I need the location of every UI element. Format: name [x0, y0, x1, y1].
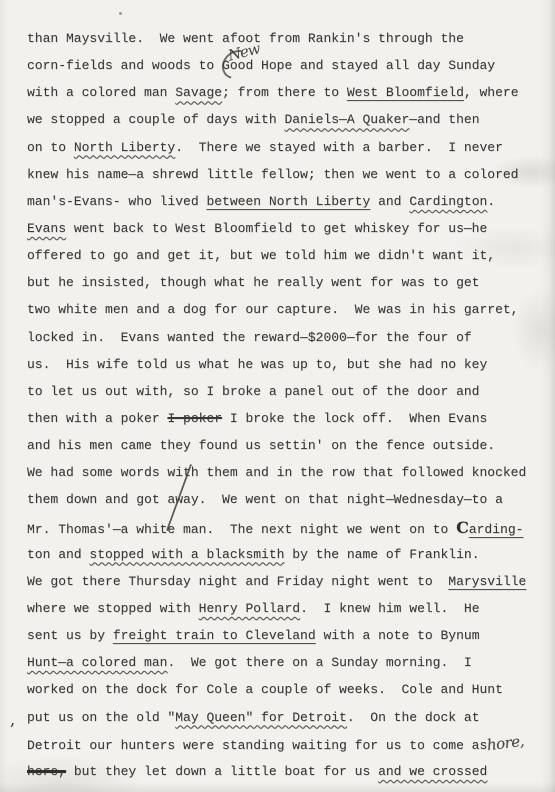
text-segment: and	[370, 194, 409, 209]
text-segment: —and then	[409, 112, 479, 127]
text-line: and his men came they found us settin' o…	[27, 432, 545, 459]
text-line: knew his name—a shrewd little fellow; th…	[27, 161, 545, 188]
text-line: than Maysville. We went afoot from Ranki…	[27, 25, 545, 52]
text-segment: knew his name—a shrewd little fellow; th…	[27, 167, 518, 182]
underlined-text: Evans	[27, 221, 66, 236]
text-segment: Detroit our hunters were standing waitin…	[27, 738, 487, 753]
pen-mark-comma: ,	[10, 706, 15, 733]
text-segment: we stopped a couple of days with	[27, 112, 284, 127]
text-segment: put us on the old "	[27, 710, 175, 725]
text-line: we stopped a couple of days with Daniels…	[27, 106, 545, 133]
text-segment: We had some words with them and in the r…	[27, 465, 526, 480]
text-segment: corn-fields and woods to	[27, 58, 222, 73]
text-segment: worked on the dock for Cole a couple of …	[27, 682, 503, 697]
text-segment: but he insisted, though what he really w…	[27, 275, 479, 290]
underlined-text: North Liberty	[74, 140, 175, 155]
underlined-text: Henry Pollard	[199, 601, 300, 616]
underlined-text: Daniels—A Quaker	[284, 112, 409, 127]
underlined-text: Hunt—a colored man	[27, 655, 167, 670]
text-line: We had some words with them and in the r…	[27, 459, 545, 486]
text-line: ,put us on the old "May Queen" for Detro…	[27, 704, 545, 731]
underlined-text: Savage	[175, 85, 222, 100]
text-segment: them down and got away. We went on that …	[27, 492, 503, 507]
text-line: to let us out with, so I broke a panel o…	[27, 378, 545, 405]
underlined-text: freight train to Cleveland	[113, 628, 316, 643]
struck-text: I poker	[167, 411, 222, 426]
text-line: them down and got away. We went on that …	[27, 486, 545, 513]
text-line: Hunt—a colored man. We got there on a Su…	[27, 649, 545, 676]
text-segment: sent us by	[27, 628, 113, 643]
underlined-text: and we crossed	[378, 764, 487, 779]
text-segment: then with a poker	[27, 411, 167, 426]
text-segment: two white men and a dog for our capture.…	[27, 302, 518, 317]
underlined-text: arding-	[469, 522, 524, 537]
underlined-text: Marysville	[448, 574, 526, 589]
underlined-text: May Queen" for Detroit	[175, 710, 347, 725]
text-segment: with a colored man	[27, 85, 175, 100]
text-segment: We got there Thursday night and Friday n…	[27, 574, 448, 589]
text-line: with a colored man Savage; from there to…	[27, 79, 545, 106]
text-line: We got there Thursday night and Friday n…	[27, 568, 545, 595]
text-segment: with a note to Bynum	[316, 628, 480, 643]
text-segment: on to	[27, 140, 74, 155]
text-segment: .	[487, 194, 495, 209]
text-segment: man's-Evans- who lived	[27, 194, 206, 209]
underlined-text: between North Liberty	[206, 194, 370, 209]
scanned-document-page: than Maysville. We went afoot from Ranki…	[0, 0, 555, 792]
underlined-text: stopped with a blacksmith	[89, 547, 284, 562]
text-line: here, but they let down a little boat fo…	[27, 758, 545, 785]
text-segment: . There we stayed with a barber. I never	[175, 140, 503, 155]
text-segment: ton and	[27, 547, 89, 562]
text-line: us. His wife told us what he was up to, …	[27, 351, 545, 378]
underlined-text: West Bloomfield	[347, 85, 464, 100]
text-line: locked in. Evans wanted the reward—$2000…	[27, 324, 545, 351]
text-segment: , where	[464, 85, 519, 100]
text-line: corn-fields and woods to NewGood Hope an…	[27, 52, 545, 79]
text-segment: us. His wife told us what he was up to, …	[27, 357, 487, 372]
struck-text: here,	[27, 764, 66, 779]
text-segment: where we stopped with	[27, 601, 199, 616]
text-segment: Good Hope and stayed all day Sunday	[222, 58, 495, 73]
text-line: Evans went back to West Bloomfield to ge…	[27, 215, 545, 242]
text-segment: locked in. Evans wanted the reward—$2000…	[27, 330, 472, 345]
text-segment: . I knew him well. He	[300, 601, 479, 616]
text-segment: ; from there to	[222, 85, 347, 100]
text-segment: but they let down a little boat for us	[66, 764, 378, 779]
text-line: sent us by freight train to Cleveland wi…	[27, 622, 545, 649]
text-line: offered to go and get it, but we told hi…	[27, 242, 545, 269]
text-line: Mr. Thomas'—a white man. The next night …	[27, 514, 545, 541]
text-line: ton and stopped with a blacksmith by the…	[27, 541, 545, 568]
text-line: two white men and a dog for our capture.…	[27, 296, 545, 323]
handwritten-capital-letter: C	[456, 518, 469, 537]
text-segment: and his men came they found us settin' o…	[27, 438, 495, 453]
text-block: than Maysville. We went afoot from Ranki…	[27, 25, 545, 785]
text-segment: . We got there on a Sunday morning. I	[167, 655, 471, 670]
text-line: man's-Evans- who lived between North Lib…	[27, 188, 545, 215]
text-line: where we stopped with Henry Pollard. I k…	[27, 595, 545, 622]
text-line: but he insisted, though what he really w…	[27, 269, 545, 296]
text-line: on to North Liberty. There we stayed wit…	[27, 134, 545, 161]
text-line: then with a poker I poker I broke the lo…	[27, 405, 545, 432]
text-line: Detroit our hunters were standing waitin…	[27, 731, 545, 758]
underlined-text: Cardington	[409, 194, 487, 209]
handwritten-text: hore,	[486, 728, 526, 759]
text-segment: Mr. Thomas'—a white man. The next night …	[27, 522, 456, 537]
text-segment: . On the dock at	[347, 710, 480, 725]
text-segment: by the name of Franklin.	[284, 547, 479, 562]
paper-speck	[119, 12, 122, 15]
text-segment: offered to go and get it, but we told hi…	[27, 248, 495, 263]
text-line: worked on the dock for Cole a couple of …	[27, 676, 545, 703]
text-segment: to let us out with, so I broke a panel o…	[27, 384, 479, 399]
text-segment: went back to West Bloomfield to get whis…	[66, 221, 487, 236]
text-segment: I broke the lock off. When Evans	[222, 411, 487, 426]
